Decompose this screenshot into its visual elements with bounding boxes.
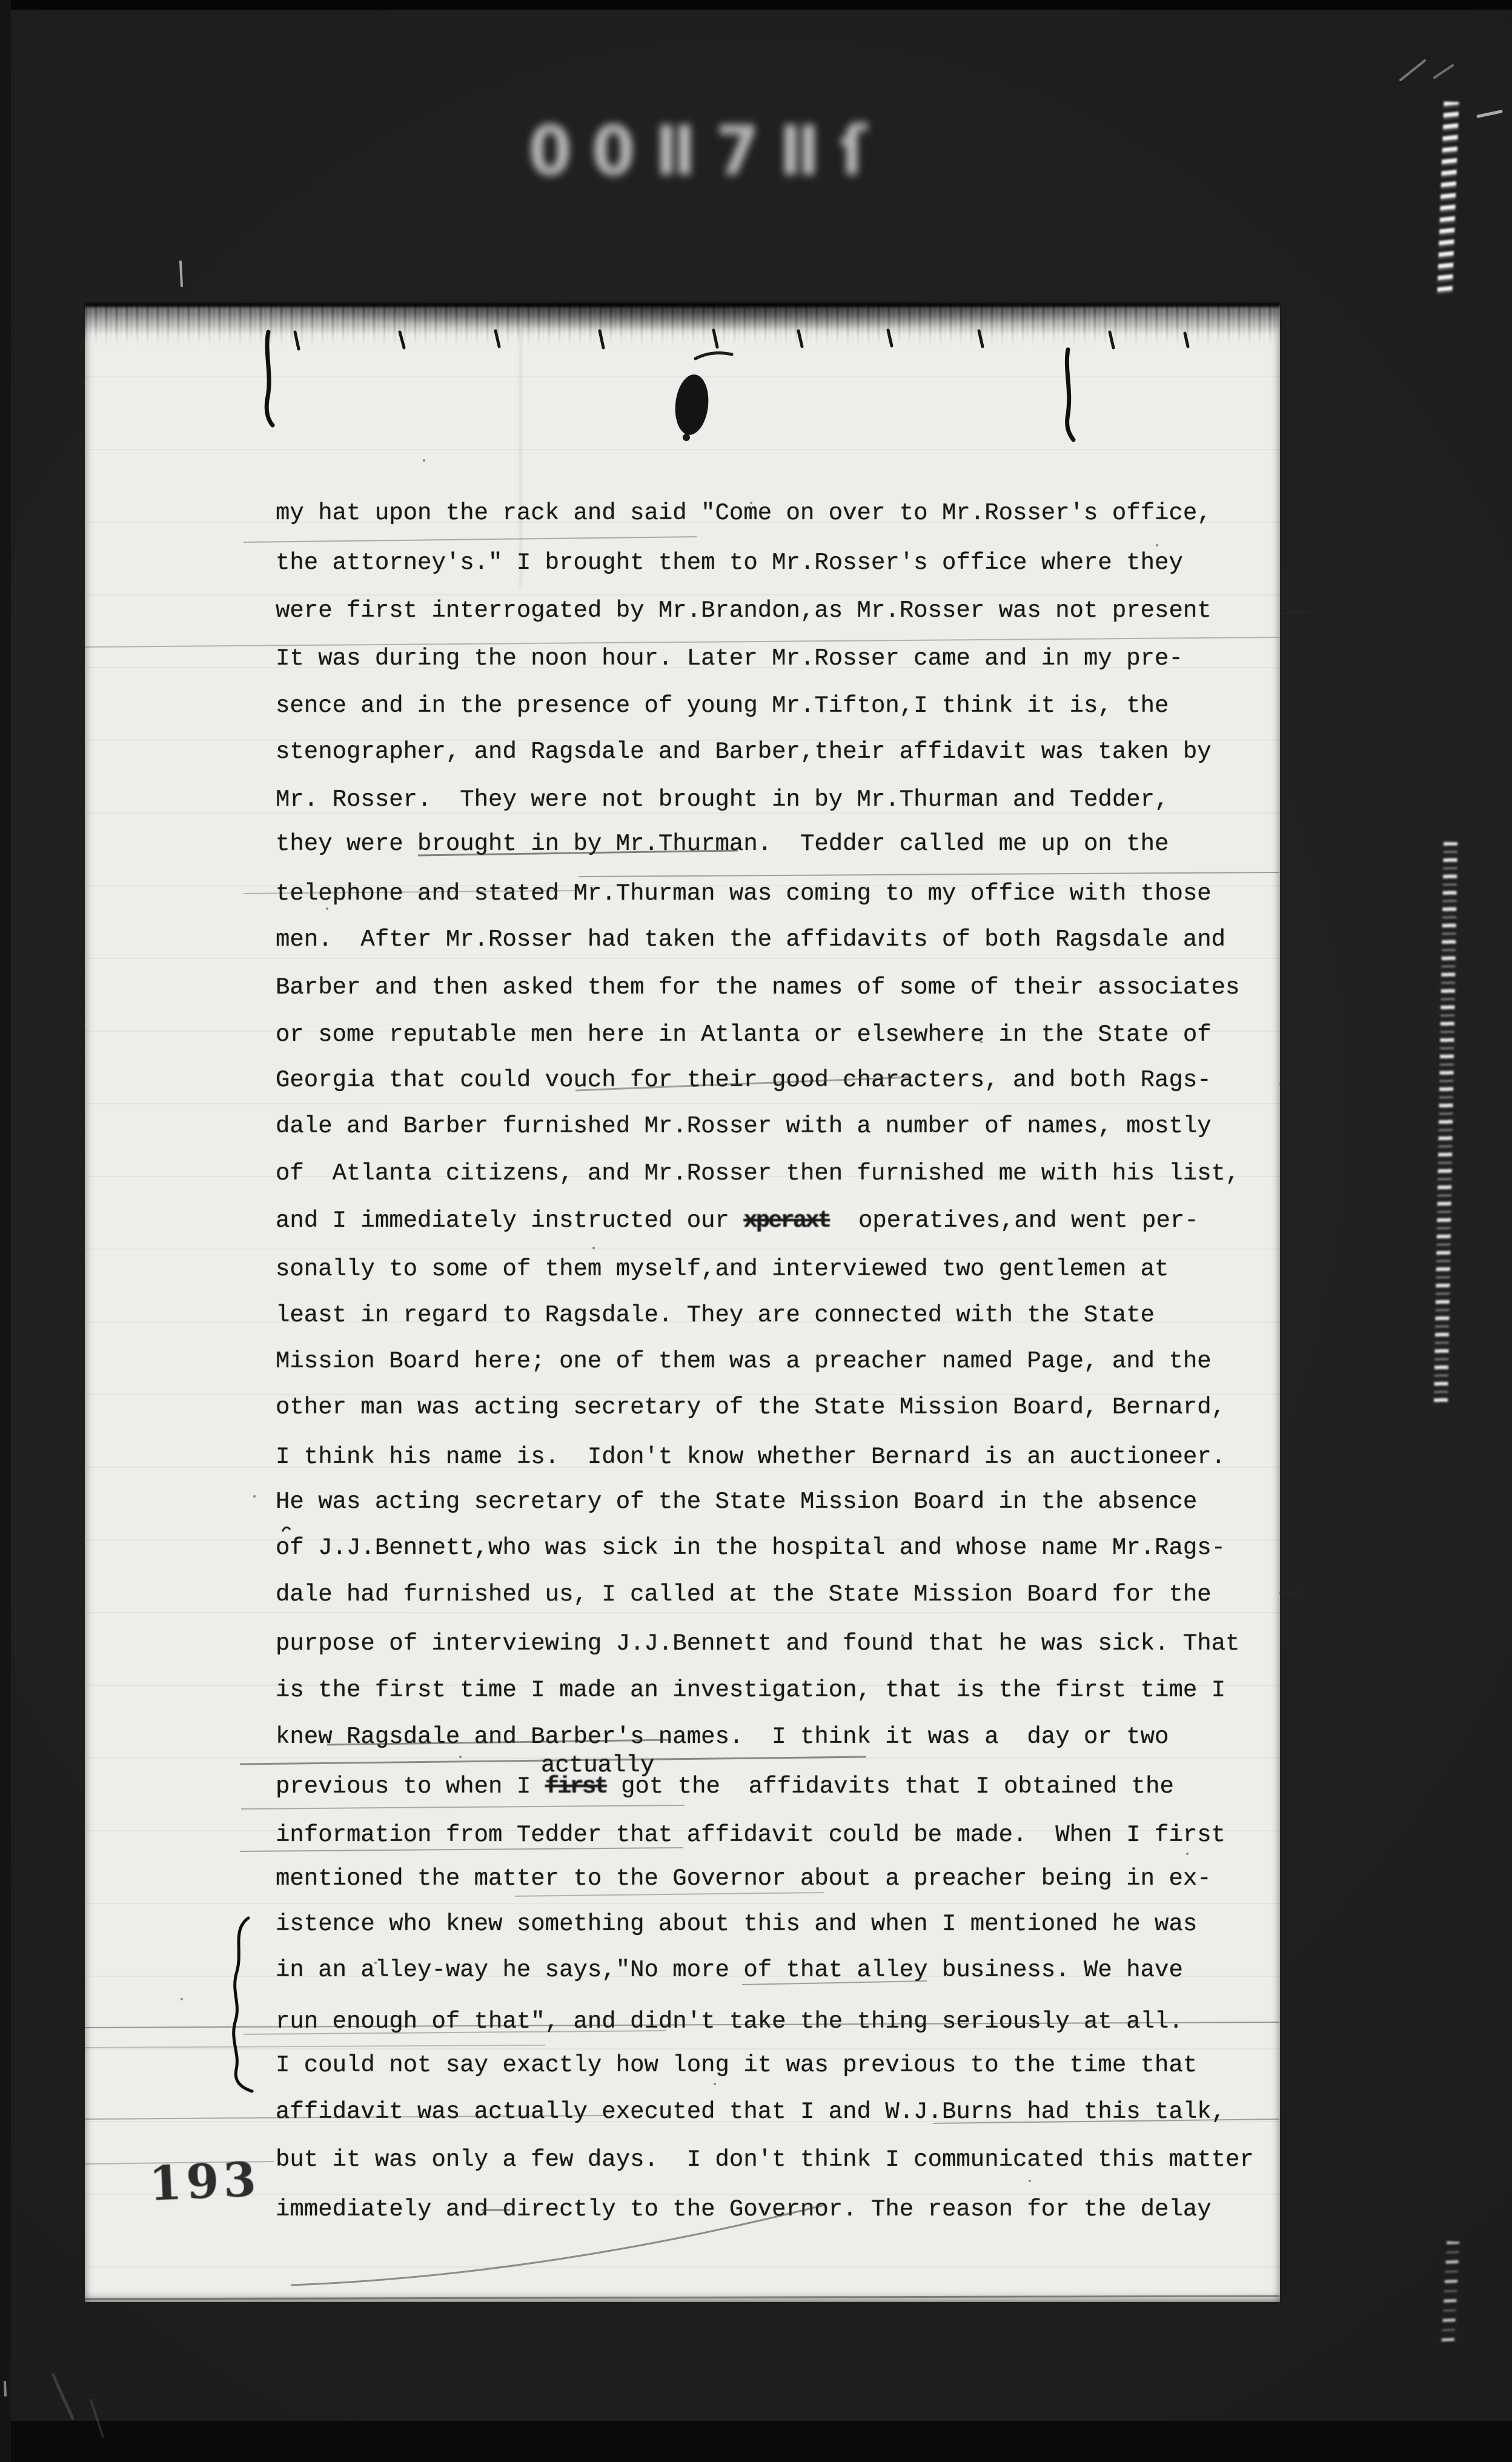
film-edge-marks xyxy=(5,61,1501,2395)
ink-blot xyxy=(672,353,732,441)
film-frame-stamp: 00Ⅱ7Ⅱſ xyxy=(528,111,886,191)
margin-brace xyxy=(234,1918,252,2091)
corner-scribbles xyxy=(53,2375,103,2437)
scan-sweep-curve xyxy=(291,2205,824,2285)
caret-mark xyxy=(282,1527,290,1531)
scan-artifact-lines xyxy=(85,537,1316,2299)
dust-specks xyxy=(181,459,1189,2182)
margin-curl-marks xyxy=(267,332,1073,440)
tick-marks xyxy=(295,330,1188,349)
scan-artifact-overlay xyxy=(0,0,1512,2462)
